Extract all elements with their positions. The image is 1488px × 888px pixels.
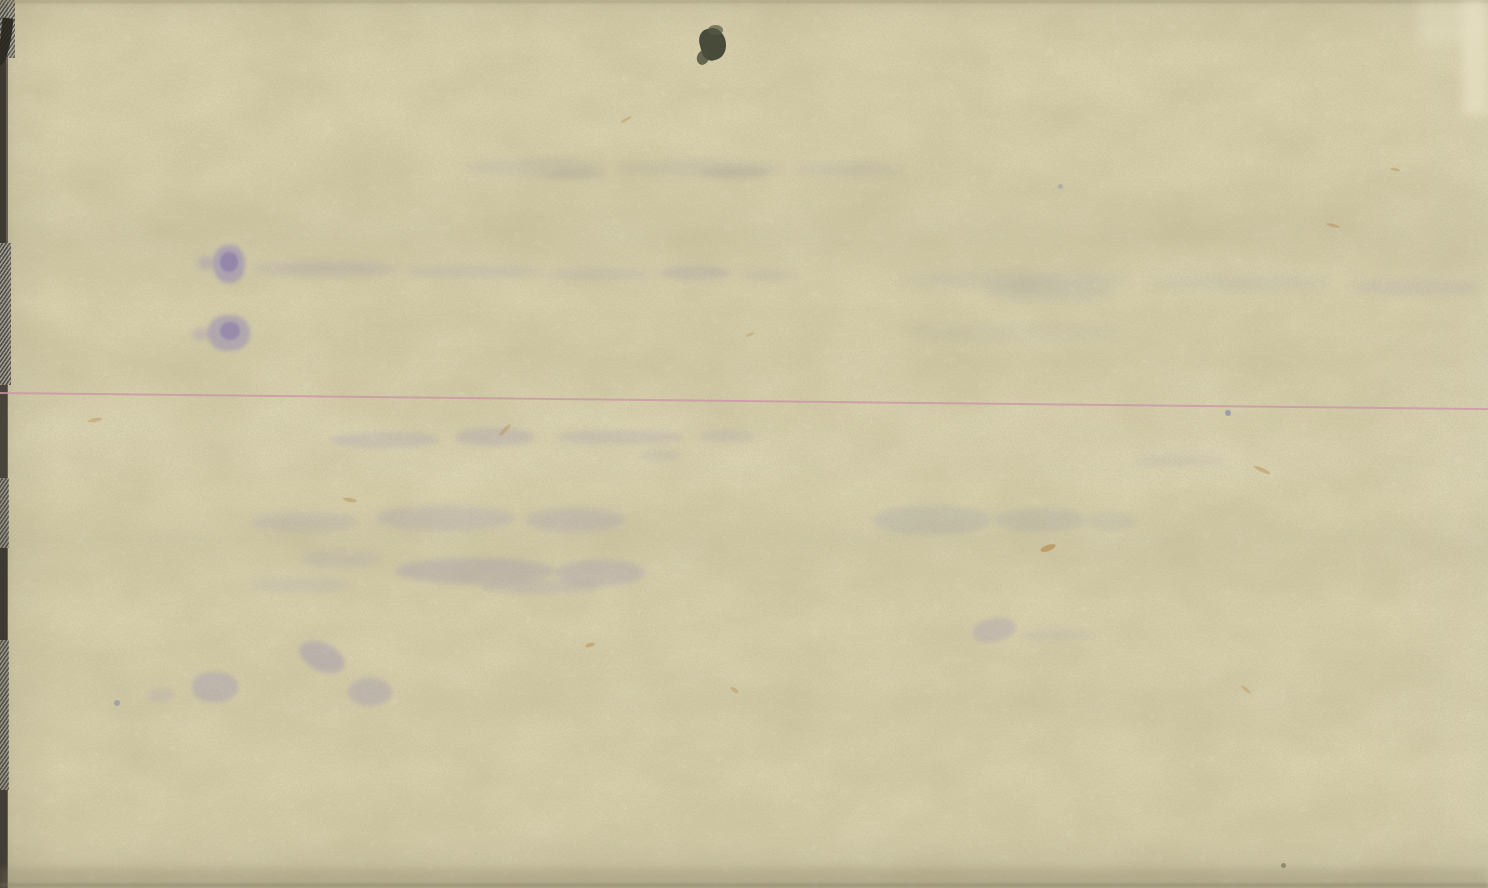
smudge-rightmid-a [970, 614, 1017, 645]
ghost-row-left-a [250, 512, 360, 532]
left-edge-hatch-mid [0, 243, 11, 385]
fibre-fleck-12 [730, 686, 740, 694]
ink-blob-upper-wisp [198, 256, 214, 270]
ghost-script-mid-e [640, 450, 680, 460]
bleed-streak-row1-c [545, 268, 655, 280]
left-edge-hatch-lower [0, 640, 9, 790]
left-edge-dark-1 [0, 58, 6, 243]
ink-blob-lower-wisp [192, 328, 210, 340]
dark-speck-bottom [1281, 863, 1286, 868]
fibre-fleck-3 [620, 115, 632, 124]
smudge-rightmid-b [1018, 630, 1098, 640]
ghost-row2-left-a [300, 550, 380, 568]
ghost-band-top-e [700, 168, 770, 178]
fibre-fleck-11 [585, 642, 596, 648]
fibre-fleck-4 [1326, 222, 1340, 229]
smudge-bottomleft-c [348, 678, 392, 706]
bleed-row-right-lower [900, 325, 1120, 341]
ghost-right-block-b [995, 508, 1085, 532]
ghost-row2-left-d [480, 580, 600, 594]
smudge-bottomleft-d [148, 688, 174, 702]
left-edge-hatch-low [0, 478, 9, 548]
scanned-postcard-back [0, 0, 1488, 888]
ghost-script-mid-a [330, 432, 440, 448]
right-corner-light-patch [1418, 0, 1488, 42]
blue-speck-3 [1058, 184, 1063, 189]
fibre-fleck-1 [1039, 542, 1056, 553]
left-edge-dark-3 [0, 548, 7, 640]
ruled-pink-line [0, 392, 1488, 410]
bleed-streak-row1-b [405, 266, 545, 278]
ghost-script-mid-c [555, 430, 685, 444]
ghost-right-block-a [872, 505, 992, 535]
fibre-fleck-8 [1253, 464, 1271, 475]
marks-layer [0, 0, 1488, 888]
fibre-fleck-5 [1240, 684, 1251, 694]
ink-blob-upper-core [220, 252, 238, 272]
smudge-bottomleft-a [294, 634, 349, 680]
fibre-fleck-2 [343, 497, 357, 503]
fibre-fleck-10 [745, 331, 755, 337]
ghost-row2-left-e [250, 578, 350, 592]
blue-speck-1 [1225, 410, 1231, 416]
ghost-row-left-b [375, 505, 515, 531]
ghost-script-mid-d [700, 430, 755, 442]
bleed-streak-row1-g [1150, 276, 1330, 290]
ghost-band-top-d [545, 170, 605, 180]
top-edge-shadow [0, 0, 1488, 3]
blue-speck-2 [114, 700, 120, 706]
bleed-streak-row1-e [740, 270, 800, 280]
ink-blob-lower-core [220, 322, 240, 340]
bleed-band-right [985, 282, 1115, 300]
fibre-fleck-6 [88, 417, 102, 423]
bottom-edge-line [0, 883, 1488, 888]
ghost-right-block-c [1085, 512, 1135, 530]
ghost-script-mid-right [1130, 455, 1230, 467]
bleed-streak-row1-h [1350, 280, 1480, 294]
left-edge-dark-2 [0, 385, 7, 478]
smudge-bottomleft-b [192, 672, 238, 702]
bleed-streak-row1-d [660, 266, 730, 280]
ghost-script-mid-b [455, 428, 535, 446]
ink-speck-top [708, 25, 723, 35]
fibre-fleck-9 [1390, 167, 1400, 172]
bleed-streak-row1-a [250, 262, 400, 276]
ghost-row-left-c [525, 508, 625, 532]
ghost-band-top-c [795, 162, 905, 176]
